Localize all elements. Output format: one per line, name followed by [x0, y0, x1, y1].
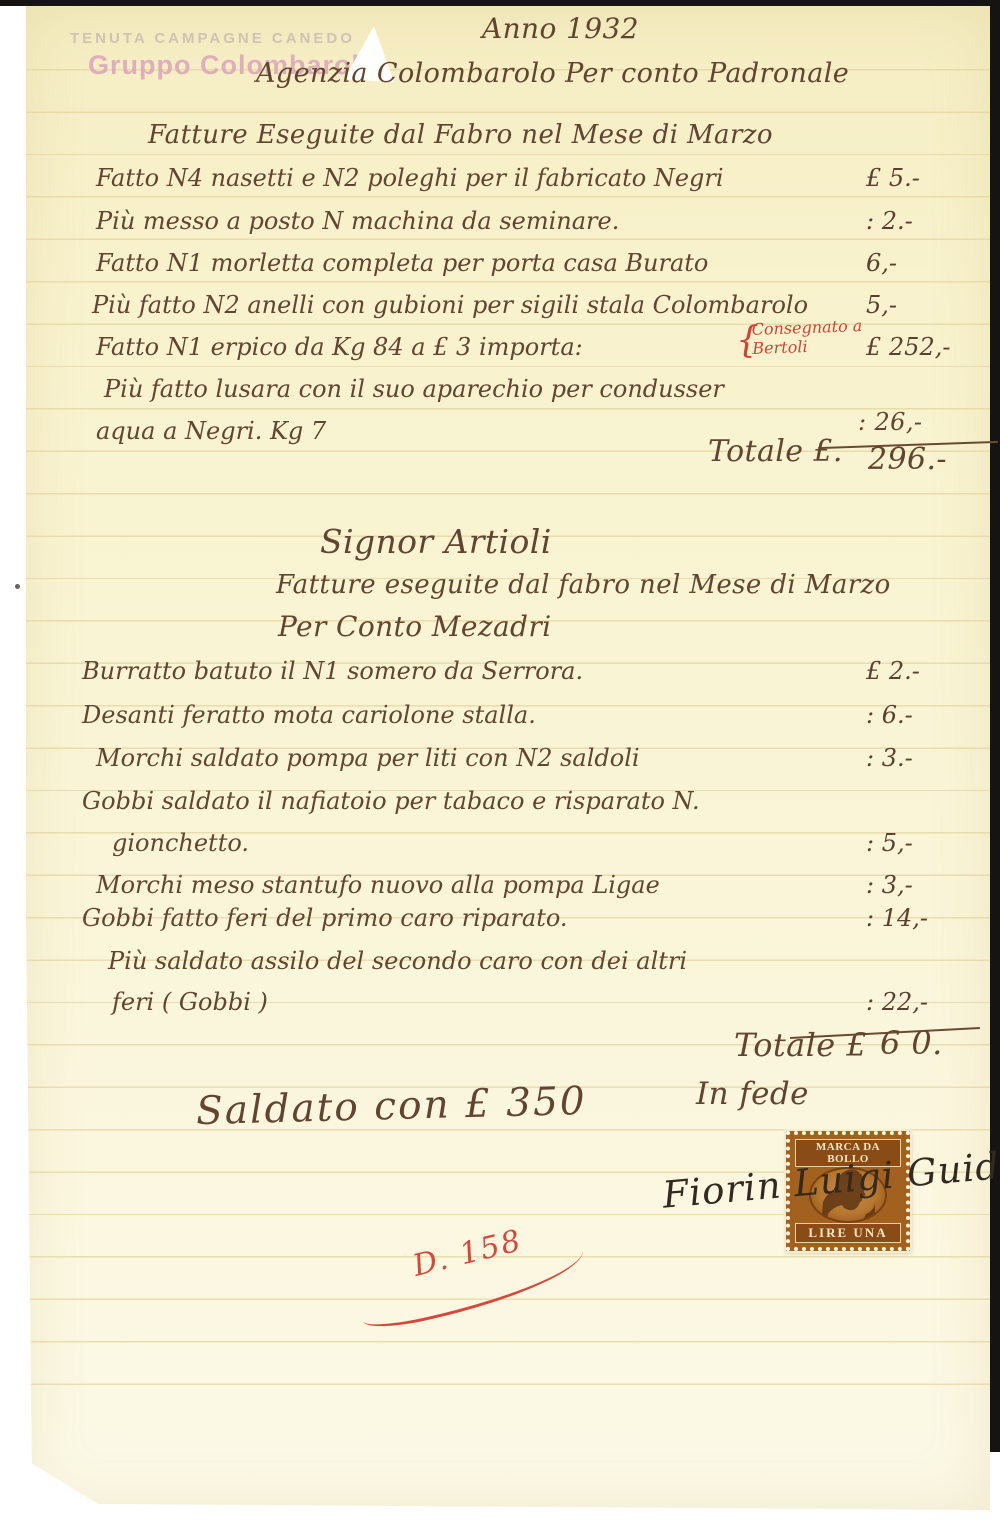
table-row: Gobbi saldato il nafiatoio per tabaco e …	[82, 787, 958, 815]
stamp-value: LIRE UNA	[795, 1223, 901, 1243]
row-text: Fatto N4 nasetti e N2 poleghi per il fab…	[96, 164, 724, 192]
section1-heading: Fatture Eseguite dal Fabro nel Mese di M…	[148, 120, 773, 150]
table-row: Morchi saldato pompa per liti con N2 sal…	[96, 744, 958, 772]
table-row: feri ( Gobbi ) : 22,-	[112, 988, 958, 1016]
section1-subtotal: : 26,-	[858, 408, 922, 436]
row-text: aqua a Negri. Kg 7	[96, 417, 326, 445]
row-text: Burratto batuto il N1 somero da Serrora.	[82, 657, 583, 685]
table-row: Gobbi fatto feri del primo caro riparato…	[82, 904, 958, 932]
row-text: gionchetto.	[112, 829, 249, 857]
scanner-edge-top	[0, 0, 1000, 6]
document-title: Agenzia Colombarolo Per conto Padronale	[256, 58, 849, 89]
row-text: Più saldato assilo del secondo caro con …	[108, 947, 687, 975]
section1-total-value: 296.-	[868, 442, 947, 477]
red-annotation-line2: Bertoli	[752, 337, 808, 358]
row-amount: : 14,-	[866, 904, 958, 932]
table-row: Fatto N1 morletta completa per porta cas…	[96, 249, 958, 277]
section2-subheading: Per Conto Mezadri	[278, 610, 552, 643]
table-row: Morchi meso stantufo nuovo alla pompa Li…	[96, 871, 958, 899]
section2-client: Signor Artioli	[320, 522, 552, 561]
row-amount: : 3.-	[866, 744, 958, 772]
row-text: Gobbi fatto feri del primo caro riparato…	[82, 904, 568, 932]
faded-office-stamp-line1: TENUTA CAMPAGNE CANEDO	[70, 30, 355, 47]
row-text: Fatto N1 erpico da Kg 84 a £ 3 importa:	[96, 333, 583, 361]
table-row: Più messo a posto N machina da seminare.…	[96, 207, 958, 235]
row-amount: : 22,-	[866, 988, 958, 1016]
scanner-edge-right	[989, 0, 1000, 1452]
table-row: Più fatto N2 anelli con gubioni per sigi…	[92, 291, 958, 319]
row-text: Morchi meso stantufo nuovo alla pompa Li…	[96, 871, 660, 899]
table-row: Fatto N4 nasetti e N2 poleghi per il fab…	[96, 164, 958, 192]
table-row: Desanti feratto mota cariolone stalla. :…	[82, 701, 958, 729]
row-amount: 6,-	[866, 249, 958, 277]
row-text: Gobbi saldato il nafiatoio per tabaco e …	[82, 787, 700, 815]
row-text: Più fatto lusara con il suo aparechio pe…	[104, 375, 724, 403]
row-amount: £ 2.-	[866, 657, 958, 685]
table-row: Più saldato assilo del secondo caro con …	[108, 947, 958, 975]
row-text: Più messo a posto N machina da seminare.	[96, 207, 619, 235]
row-text: Desanti feratto mota cariolone stalla.	[82, 701, 536, 729]
row-amount: : 2.-	[866, 207, 958, 235]
row-text: Morchi saldato pompa per liti con N2 sal…	[96, 744, 640, 772]
section2-heading: Fatture eseguite dal fabro nel Mese di M…	[276, 570, 891, 600]
year-heading: Anno 1932	[482, 12, 639, 45]
red-annotation-line1: Consegnato a	[751, 316, 862, 339]
row-amount: : 3,-	[866, 871, 958, 899]
row-amount: £ 252,-	[866, 333, 958, 361]
ink-speck	[15, 584, 20, 589]
table-row: Burratto batuto il N1 somero da Serrora.…	[82, 657, 958, 685]
row-text: Più fatto N2 anelli con gubioni per sigi…	[92, 291, 808, 319]
in-fede-note: In fede	[696, 1076, 809, 1112]
section1-total-label: Totale £.	[708, 434, 843, 469]
row-amount: 5,-	[866, 291, 958, 319]
red-annotation: Consegnato a Bertoli	[751, 316, 863, 358]
row-text: feri ( Gobbi )	[112, 988, 268, 1016]
table-row: gionchetto. : 5,-	[112, 829, 958, 857]
table-row: Più fatto lusara con il suo aparechio pe…	[104, 375, 958, 403]
section2-total-label: Totale £	[734, 1026, 867, 1064]
row-amount: : 6.-	[866, 701, 958, 729]
section2-total-value: 6 0.	[880, 1024, 943, 1062]
row-amount: £ 5.-	[866, 164, 958, 192]
row-amount: : 5,-	[866, 829, 958, 857]
row-text: Fatto N1 morletta completa per porta cas…	[96, 249, 708, 277]
